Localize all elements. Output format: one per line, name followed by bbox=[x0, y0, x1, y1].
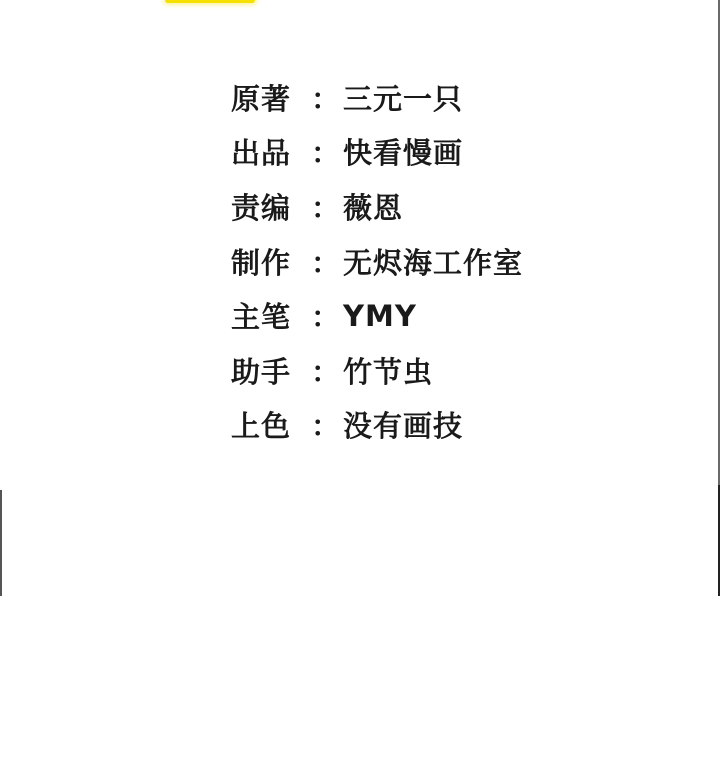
credit-row-assistant: 助手 ： 竹节虫 bbox=[231, 343, 523, 398]
credit-row-original-author: 原著 ： 三元一只 bbox=[231, 70, 523, 125]
credit-colon: ： bbox=[305, 131, 343, 172]
credit-value: YMY bbox=[343, 299, 417, 333]
credit-label: 制作 bbox=[231, 241, 305, 282]
credit-colon: ： bbox=[305, 404, 343, 445]
credit-colon: ： bbox=[305, 77, 343, 118]
credit-value: 竹节虫 bbox=[343, 350, 433, 391]
credit-value: 无烬海工作室 bbox=[343, 241, 523, 282]
credit-row-editor: 责编 ： 薇恩 bbox=[231, 179, 523, 234]
credit-value: 薇恩 bbox=[343, 186, 403, 227]
credit-value: 快看慢画 bbox=[343, 131, 463, 172]
credit-label: 主笔 bbox=[231, 295, 305, 336]
credit-colon: ： bbox=[305, 350, 343, 391]
credits-list: 原著 ： 三元一只 出品 ： 快看慢画 责编 ： 薇恩 制作 ： 无烬海工作室 … bbox=[231, 70, 523, 452]
credit-label: 责编 bbox=[231, 186, 305, 227]
credit-row-production: 制作 ： 无烬海工作室 bbox=[231, 234, 523, 289]
credit-value: 三元一只 bbox=[343, 77, 463, 118]
credit-label: 助手 bbox=[231, 350, 305, 391]
credit-colon: ： bbox=[305, 295, 343, 336]
credit-colon: ： bbox=[305, 241, 343, 282]
left-panel-border bbox=[0, 490, 2, 596]
credit-row-publisher: 出品 ： 快看慢画 bbox=[231, 125, 523, 180]
credit-colon: ： bbox=[305, 186, 343, 227]
credit-label: 上色 bbox=[231, 404, 305, 445]
credit-row-colorist: 上色 ： 没有画技 bbox=[231, 398, 523, 453]
credit-row-lead-artist: 主笔 ： YMY bbox=[231, 288, 523, 343]
credit-label: 出品 bbox=[231, 131, 305, 172]
yellow-highlight-bar bbox=[165, 0, 255, 3]
credit-value: 没有画技 bbox=[343, 404, 463, 445]
credit-label: 原著 bbox=[231, 77, 305, 118]
